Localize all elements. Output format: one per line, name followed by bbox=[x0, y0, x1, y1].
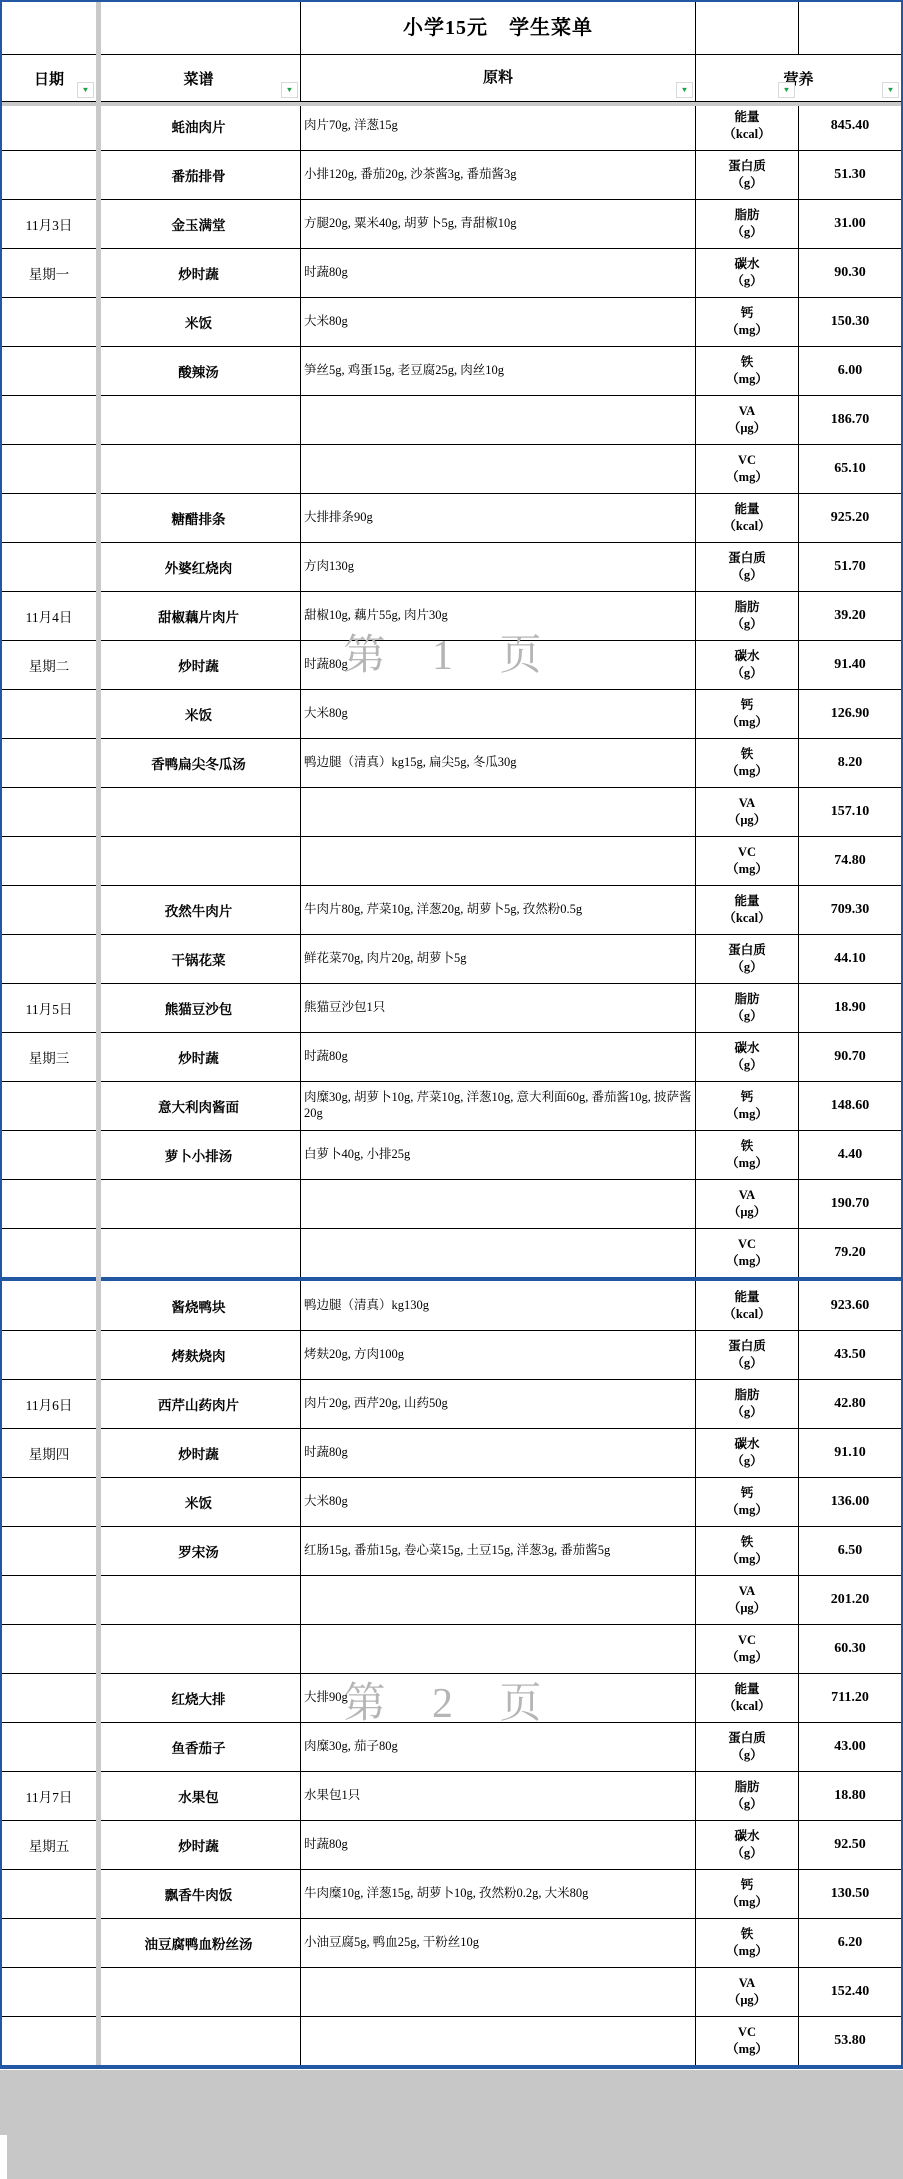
dish-cell[interactable]: 西芹山药肉片 bbox=[97, 1380, 301, 1428]
date-cell[interactable] bbox=[2, 1674, 97, 1722]
nutrient-value-cell[interactable]: 91.40 bbox=[799, 641, 901, 689]
nutrient-label-cell[interactable]: 脂肪 （g） bbox=[696, 1772, 799, 1820]
menu-row: 星期三 炒时蔬 时蔬80g 碳水 （g） 90.70 bbox=[2, 1032, 901, 1081]
menu-row: VA （μg） 157.10 bbox=[2, 787, 901, 836]
date-cell[interactable] bbox=[2, 543, 97, 591]
dish-cell[interactable]: 油豆腐鸭血粉丝汤 bbox=[97, 1919, 301, 1967]
nutrient-value-cell[interactable]: 90.30 bbox=[799, 249, 901, 297]
menu-row: VA （μg） 152.40 bbox=[2, 1967, 901, 2016]
menu-row: VC （mg） 65.10 bbox=[2, 444, 901, 493]
menu-row: VC （mg） 60.30 bbox=[2, 1624, 901, 1673]
nutrient-label-cell[interactable]: 脂肪 （g） bbox=[696, 1380, 799, 1428]
ingredients-cell[interactable] bbox=[301, 1968, 696, 2016]
nutrient-label-cell[interactable]: 铁 （mg） bbox=[696, 347, 799, 395]
ingredients-cell[interactable]: 水果包1只 bbox=[301, 1772, 696, 1820]
ingredients-cell[interactable] bbox=[301, 837, 696, 885]
menu-row: 香鸭扁尖冬瓜汤 鸭边腿（清真）kg15g, 扁尖5g, 冬瓜30g 铁 （mg）… bbox=[2, 738, 901, 787]
nutrient-value-cell[interactable]: 51.70 bbox=[799, 543, 901, 591]
ingredients-cell[interactable]: 烤麸20g, 方肉100g bbox=[301, 1331, 696, 1379]
dish-cell[interactable]: 米饭 bbox=[97, 690, 301, 738]
dish-cell[interactable]: 烤麸烧肉 bbox=[97, 1331, 301, 1379]
chevron-down-icon: ▼ bbox=[286, 86, 294, 93]
ingredients-cell[interactable]: 鲜花菜70g, 肉片20g, 胡萝卜5g bbox=[301, 935, 696, 983]
nutrient-label-cell[interactable]: VC （mg） bbox=[696, 1229, 799, 1277]
date-cell[interactable] bbox=[2, 739, 97, 787]
ingredients-cell[interactable]: 方肉130g bbox=[301, 543, 696, 591]
column-header-ingredients[interactable]: 原料 ▼ bbox=[301, 55, 696, 101]
menu-row: VC （mg） 74.80 bbox=[2, 836, 901, 885]
nutrient-label-cell[interactable]: 蛋白质 （g） bbox=[696, 1723, 799, 1771]
empty-cell[interactable] bbox=[696, 2, 799, 54]
ingredients-cell[interactable] bbox=[301, 1576, 696, 1624]
header-row: 日期 ▼ 菜谱 ▼ 原料 ▼ 营养 ▼ ▼ bbox=[2, 55, 901, 101]
ingredients-cell[interactable] bbox=[301, 1625, 696, 1673]
menu-row: VA （μg） 186.70 bbox=[2, 395, 901, 444]
nutrient-value-cell[interactable]: 53.80 bbox=[799, 2017, 901, 2065]
nutrient-label-cell[interactable]: VA （μg） bbox=[696, 396, 799, 444]
column-header-ingredients-label: 原料 bbox=[483, 69, 513, 88]
dish-cell[interactable] bbox=[97, 1180, 301, 1228]
date-cell[interactable] bbox=[2, 1527, 97, 1575]
page-title[interactable]: 小学15元 学生菜单 bbox=[301, 2, 696, 54]
dish-cell[interactable]: 蚝油肉片 bbox=[97, 102, 301, 150]
menu-row: 星期五 炒时蔬 时蔬80g 碳水 （g） 92.50 bbox=[2, 1820, 901, 1869]
nutrient-label-cell[interactable]: 钙 （mg） bbox=[696, 1082, 799, 1130]
dish-cell[interactable]: 孜然牛肉片 bbox=[97, 886, 301, 934]
filter-button-menu[interactable]: ▼ bbox=[281, 82, 298, 98]
date-cell[interactable]: 11月4日 bbox=[2, 592, 97, 640]
ingredients-cell[interactable] bbox=[301, 2017, 696, 2065]
ingredients-cell[interactable]: 鸭边腿（清真）kg130g bbox=[301, 1281, 696, 1330]
ingredients-cell[interactable] bbox=[301, 1180, 696, 1228]
date-cell[interactable] bbox=[2, 1576, 97, 1624]
menu-row: 酱烧鸭块 鸭边腿（清真）kg130g 能量 （kcal） 923.60 bbox=[2, 1281, 901, 1330]
menu-row: 酸辣汤 笋丝5g, 鸡蛋15g, 老豆腐25g, 肉丝10g 铁 （mg） 6.… bbox=[2, 346, 901, 395]
sheet-edge-sliver bbox=[0, 2135, 7, 2179]
menu-row: 干锅花菜 鲜花菜70g, 肉片20g, 胡萝卜5g 蛋白质 （g） 44.10 bbox=[2, 934, 901, 983]
nutrient-value-cell[interactable]: 6.00 bbox=[799, 347, 901, 395]
ingredients-cell[interactable] bbox=[301, 788, 696, 836]
ingredients-cell[interactable]: 肉糜30g, 胡萝卜10g, 芹菜10g, 洋葱10g, 意大利面60g, 番茄… bbox=[301, 1082, 696, 1130]
menu-row: 飘香牛肉饭 牛肉糜10g, 洋葱15g, 胡萝卜10g, 孜然粉0.2g, 大米… bbox=[2, 1869, 901, 1918]
date-cell[interactable] bbox=[2, 1331, 97, 1379]
chevron-down-icon: ▼ bbox=[82, 86, 90, 93]
dish-cell[interactable]: 金玉满堂 bbox=[97, 200, 301, 248]
date-cell[interactable] bbox=[2, 788, 97, 836]
nutrient-value-cell[interactable]: 150.30 bbox=[799, 298, 901, 346]
nutrient-value-cell[interactable]: 18.90 bbox=[799, 984, 901, 1032]
nutrient-value-cell[interactable]: 711.20 bbox=[799, 1674, 901, 1722]
ingredients-cell[interactable]: 牛肉糜10g, 洋葱15g, 胡萝卜10g, 孜然粉0.2g, 大米80g bbox=[301, 1870, 696, 1918]
ingredients-cell[interactable]: 大排90g bbox=[301, 1674, 696, 1722]
chevron-down-icon: ▼ bbox=[887, 86, 895, 93]
nutrient-label-cell[interactable]: 钙 （mg） bbox=[696, 298, 799, 346]
weekday-cell[interactable]: 星期五 bbox=[2, 1821, 97, 1869]
date-cell[interactable] bbox=[2, 347, 97, 395]
frozen-pane-vertical-divider bbox=[96, 2, 101, 2065]
dish-cell[interactable]: 炒时蔬 bbox=[97, 1429, 301, 1477]
ingredients-cell[interactable]: 肉糜30g, 茄子80g bbox=[301, 1723, 696, 1771]
weekday-cell[interactable]: 星期四 bbox=[2, 1429, 97, 1477]
nutrient-value-cell[interactable]: 6.50 bbox=[799, 1527, 901, 1575]
dish-cell[interactable]: 萝卜小排汤 bbox=[97, 1131, 301, 1179]
menu-row: 外婆红烧肉 方肉130g 蛋白质 （g） 51.70 bbox=[2, 542, 901, 591]
menu-row: 11月6日 西芹山药肉片 肉片20g, 西芹20g, 山药50g 脂肪 （g） … bbox=[2, 1379, 901, 1428]
column-header-menu[interactable]: 菜谱 ▼ bbox=[97, 55, 301, 101]
nutrient-label-cell[interactable]: VC （mg） bbox=[696, 1625, 799, 1673]
dish-cell[interactable] bbox=[97, 2017, 301, 2065]
menu-row: VC （mg） 79.20 bbox=[2, 1228, 901, 1277]
column-header-nutrition[interactable]: 营养 ▼ ▼ bbox=[696, 55, 901, 101]
dish-cell[interactable]: 炒时蔬 bbox=[97, 641, 301, 689]
ingredients-cell[interactable] bbox=[301, 1229, 696, 1277]
date-cell[interactable] bbox=[2, 935, 97, 983]
nutrient-label-cell[interactable]: 铁 （mg） bbox=[696, 739, 799, 787]
dish-cell[interactable]: 糖醋排条 bbox=[97, 494, 301, 542]
dish-cell[interactable] bbox=[97, 445, 301, 493]
menu-row: 米饭 大米80g 钙 （mg） 136.00 bbox=[2, 1477, 901, 1526]
dish-cell[interactable] bbox=[97, 396, 301, 444]
dish-cell[interactable]: 甜椒藕片肉片 bbox=[97, 592, 301, 640]
nutrient-label-cell[interactable]: 铁 （mg） bbox=[696, 1527, 799, 1575]
date-cell[interactable] bbox=[2, 1281, 97, 1330]
date-cell[interactable] bbox=[2, 298, 97, 346]
dish-cell[interactable]: 鱼香茄子 bbox=[97, 1723, 301, 1771]
date-cell[interactable] bbox=[2, 1478, 97, 1526]
ingredients-cell[interactable]: 大米80g bbox=[301, 298, 696, 346]
ingredients-cell[interactable]: 牛肉片80g, 芹菜10g, 洋葱20g, 胡萝卜5g, 孜然粉0.5g bbox=[301, 886, 696, 934]
nutrient-value-cell[interactable]: 709.30 bbox=[799, 886, 901, 934]
nutrient-label-cell[interactable]: VC （mg） bbox=[696, 445, 799, 493]
menu-row: 米饭 大米80g 钙 （mg） 150.30 bbox=[2, 297, 901, 346]
week-block-5: 红烧大排 大排90g 能量 （kcal） 711.20 鱼香茄子 肉糜30g, … bbox=[2, 1673, 901, 2065]
nutrient-value-cell[interactable]: 186.70 bbox=[799, 396, 901, 444]
nutrient-value-cell[interactable]: 42.80 bbox=[799, 1380, 901, 1428]
weekday-cell[interactable]: 星期三 bbox=[2, 1033, 97, 1081]
menu-row: 11月7日 水果包 水果包1只 脂肪 （g） 18.80 bbox=[2, 1771, 901, 1820]
menu-row: 米饭 大米80g 钙 （mg） 126.90 bbox=[2, 689, 901, 738]
ingredients-cell[interactable]: 方腿20g, 粟米40g, 胡萝卜5g, 青甜椒10g bbox=[301, 200, 696, 248]
ingredients-cell[interactable]: 大米80g bbox=[301, 1478, 696, 1526]
menu-table: 小学15元 学生菜单 日期 ▼ 菜谱 ▼ 原料 ▼ 营养 ▼ ▼ 蚝油肉片 肉片… bbox=[0, 0, 903, 2069]
date-cell[interactable] bbox=[2, 1625, 97, 1673]
date-cell[interactable] bbox=[2, 445, 97, 493]
nutrient-value-cell[interactable]: 39.20 bbox=[799, 592, 901, 640]
dish-cell[interactable]: 红烧大排 bbox=[97, 1674, 301, 1722]
nutrient-label-cell[interactable]: 能量 （kcal） bbox=[696, 1674, 799, 1722]
ingredients-cell[interactable] bbox=[301, 445, 696, 493]
dish-cell[interactable]: 飘香牛肉饭 bbox=[97, 1870, 301, 1918]
menu-row: 鱼香茄子 肉糜30g, 茄子80g 蛋白质 （g） 43.00 bbox=[2, 1722, 901, 1771]
menu-row: 11月5日 熊猫豆沙包 熊猫豆沙包1只 脂肪 （g） 18.90 bbox=[2, 983, 901, 1032]
ingredients-cell[interactable]: 时蔬80g bbox=[301, 249, 696, 297]
dish-cell[interactable]: 水果包 bbox=[97, 1772, 301, 1820]
date-cell[interactable] bbox=[2, 396, 97, 444]
dish-cell[interactable] bbox=[97, 837, 301, 885]
filter-button-nutrition-value[interactable]: ▼ bbox=[882, 82, 899, 98]
menu-row: 意大利肉酱面 肉糜30g, 胡萝卜10g, 芹菜10g, 洋葱10g, 意大利面… bbox=[2, 1081, 901, 1130]
nutrient-value-cell[interactable]: 31.00 bbox=[799, 200, 901, 248]
nutrient-value-cell[interactable]: 43.00 bbox=[799, 1723, 901, 1771]
nutrient-value-cell[interactable]: 157.10 bbox=[799, 788, 901, 836]
nutrient-label-cell[interactable]: 碳水 （g） bbox=[696, 1429, 799, 1477]
dish-cell[interactable]: 香鸭扁尖冬瓜汤 bbox=[97, 739, 301, 787]
menu-row: 11月4日 甜椒藕片肉片 甜椒10g, 藕片55g, 肉片30g 脂肪 （g） … bbox=[2, 591, 901, 640]
date-cell[interactable] bbox=[2, 690, 97, 738]
ingredients-cell[interactable]: 红肠15g, 番茄15g, 卷心菜15g, 土豆15g, 洋葱3g, 番茄酱5g bbox=[301, 1527, 696, 1575]
empty-cell[interactable] bbox=[97, 2, 301, 54]
ingredients-cell[interactable]: 白萝卜40g, 小排25g bbox=[301, 1131, 696, 1179]
chevron-down-icon: ▼ bbox=[681, 86, 689, 93]
menu-row: 萝卜小排汤 白萝卜40g, 小排25g 铁 （mg） 4.40 bbox=[2, 1130, 901, 1179]
menu-row: 番茄排骨 小排120g, 番茄20g, 沙茶酱3g, 番茄酱3g 蛋白质 （g）… bbox=[2, 150, 901, 199]
nutrient-label-cell[interactable]: 碳水 （g） bbox=[696, 249, 799, 297]
outside-sheet-area bbox=[0, 2070, 903, 2179]
nutrient-value-cell[interactable]: 6.20 bbox=[799, 1919, 901, 1967]
menu-row: 11月3日 金玉满堂 方腿20g, 粟米40g, 胡萝卜5g, 青甜椒10g 脂… bbox=[2, 199, 901, 248]
dish-cell[interactable]: 酱烧鸭块 bbox=[97, 1281, 301, 1330]
nutrient-value-cell[interactable]: 43.50 bbox=[799, 1331, 901, 1379]
menu-row: 糖醋排条 大排排条90g 能量 （kcal） 925.20 bbox=[2, 493, 901, 542]
nutrient-value-cell[interactable]: 126.90 bbox=[799, 690, 901, 738]
menu-row: 星期四 炒时蔬 时蔬80g 碳水 （g） 91.10 bbox=[2, 1428, 901, 1477]
weekday-cell[interactable]: 星期二 bbox=[2, 641, 97, 689]
menu-row: 星期一 炒时蔬 时蔬80g 碳水 （g） 90.30 bbox=[2, 248, 901, 297]
ingredients-cell[interactable]: 时蔬80g bbox=[301, 641, 696, 689]
nutrient-value-cell[interactable]: 190.70 bbox=[799, 1180, 901, 1228]
nutrient-label-cell[interactable]: 碳水 （g） bbox=[696, 1821, 799, 1869]
date-cell[interactable]: 11月6日 bbox=[2, 1380, 97, 1428]
nutrient-label-cell[interactable]: 蛋白质 （g） bbox=[696, 935, 799, 983]
date-cell[interactable] bbox=[2, 151, 97, 199]
date-cell[interactable]: 11月3日 bbox=[2, 200, 97, 248]
nutrient-label-cell[interactable]: VA （μg） bbox=[696, 1968, 799, 2016]
dish-cell[interactable] bbox=[97, 1625, 301, 1673]
date-cell[interactable] bbox=[2, 2017, 97, 2065]
ingredients-cell[interactable]: 小油豆腐5g, 鸭血25g, 干粉丝10g bbox=[301, 1919, 696, 1967]
column-header-menu-label: 菜谱 bbox=[183, 68, 213, 89]
dish-cell[interactable]: 炒时蔬 bbox=[97, 1821, 301, 1869]
ingredients-cell[interactable]: 熊猫豆沙包1只 bbox=[301, 984, 696, 1032]
dish-cell[interactable]: 外婆红烧肉 bbox=[97, 543, 301, 591]
menu-row: VA （μg） 201.20 bbox=[2, 1575, 901, 1624]
date-cell[interactable] bbox=[2, 837, 97, 885]
ingredients-cell[interactable]: 时蔬80g bbox=[301, 1821, 696, 1869]
nutrient-value-cell[interactable]: 18.80 bbox=[799, 1772, 901, 1820]
nutrient-value-cell[interactable]: 925.20 bbox=[799, 494, 901, 542]
nutrient-label-cell[interactable]: 能量 （kcal） bbox=[696, 494, 799, 542]
ingredients-cell[interactable]: 时蔬80g bbox=[301, 1429, 696, 1477]
nutrient-label-cell[interactable]: 蛋白质 （g） bbox=[696, 543, 799, 591]
column-header-date-label: 日期 bbox=[34, 68, 64, 89]
menu-row: 孜然牛肉片 牛肉片80g, 芹菜10g, 洋葱20g, 胡萝卜5g, 孜然粉0.… bbox=[2, 885, 901, 934]
nutrient-value-cell[interactable]: 60.30 bbox=[799, 1625, 901, 1673]
ingredients-cell[interactable]: 大米80g bbox=[301, 690, 696, 738]
empty-cell[interactable] bbox=[2, 2, 97, 54]
nutrient-label-cell[interactable]: VA （μg） bbox=[696, 1576, 799, 1624]
dish-cell[interactable]: 罗宋汤 bbox=[97, 1527, 301, 1575]
dish-cell[interactable] bbox=[97, 1968, 301, 2016]
nutrient-value-cell[interactable]: 8.20 bbox=[799, 739, 901, 787]
dish-cell[interactable]: 意大利肉酱面 bbox=[97, 1082, 301, 1130]
ingredients-cell[interactable]: 肉片70g, 洋葱15g bbox=[301, 102, 696, 150]
ingredients-cell[interactable]: 时蔬80g bbox=[301, 1033, 696, 1081]
nutrient-label-cell[interactable]: 蛋白质 （g） bbox=[696, 151, 799, 199]
nutrient-label-cell[interactable]: 能量 （kcal） bbox=[696, 1281, 799, 1330]
nutrient-label-cell[interactable]: VC （mg） bbox=[696, 2017, 799, 2065]
dish-cell[interactable]: 米饭 bbox=[97, 298, 301, 346]
filter-button-ingredients[interactable]: ▼ bbox=[676, 82, 693, 98]
date-cell[interactable] bbox=[2, 1180, 97, 1228]
nutrient-label-cell[interactable]: 碳水 （g） bbox=[696, 641, 799, 689]
dish-cell[interactable] bbox=[97, 1229, 301, 1277]
date-cell[interactable]: 11月7日 bbox=[2, 1772, 97, 1820]
nutrient-label-cell[interactable]: 钙 （mg） bbox=[696, 1870, 799, 1918]
nutrient-label-cell[interactable]: 碳水 （g） bbox=[696, 1033, 799, 1081]
nutrient-value-cell[interactable]: 148.60 bbox=[799, 1082, 901, 1130]
nutrient-value-cell[interactable]: 152.40 bbox=[799, 1968, 901, 2016]
dish-cell[interactable] bbox=[97, 1576, 301, 1624]
chevron-down-icon: ▼ bbox=[783, 86, 791, 93]
frozen-pane-horizontal-divider bbox=[2, 102, 901, 106]
empty-cell[interactable] bbox=[799, 2, 901, 54]
nutrient-label-cell[interactable]: VC （mg） bbox=[696, 837, 799, 885]
nutrient-value-cell[interactable]: 91.10 bbox=[799, 1429, 901, 1477]
filter-button-nutrition-name[interactable]: ▼ bbox=[778, 82, 795, 98]
menu-row: 油豆腐鸭血粉丝汤 小油豆腐5g, 鸭血25g, 干粉丝10g 铁 （mg） 6.… bbox=[2, 1918, 901, 1967]
ingredients-cell[interactable]: 大排排条90g bbox=[301, 494, 696, 542]
nutrient-label-cell[interactable]: 脂肪 （g） bbox=[696, 592, 799, 640]
week-block-1: 蚝油肉片 肉片70g, 洋葱15g 能量 （kcal） 845.40 番茄排骨 … bbox=[2, 101, 901, 493]
week-block-4: 酱烧鸭块 鸭边腿（清真）kg130g 能量 （kcal） 923.60 烤麸烧肉… bbox=[2, 1277, 901, 1673]
date-cell[interactable] bbox=[2, 494, 97, 542]
dish-cell[interactable]: 炒时蔬 bbox=[97, 249, 301, 297]
date-cell[interactable] bbox=[2, 1919, 97, 1967]
menu-row: 星期二 炒时蔬 时蔬80g 碳水 （g） 91.40 bbox=[2, 640, 901, 689]
week-block-2: 糖醋排条 大排排条90g 能量 （kcal） 925.20 外婆红烧肉 方肉13… bbox=[2, 493, 901, 885]
menu-row: VC （mg） 53.80 bbox=[2, 2016, 901, 2065]
dish-cell[interactable]: 米饭 bbox=[97, 1478, 301, 1526]
nutrient-label-cell[interactable]: VA （μg） bbox=[696, 788, 799, 836]
title-row: 小学15元 学生菜单 bbox=[2, 2, 901, 55]
weekday-cell[interactable]: 星期一 bbox=[2, 249, 97, 297]
nutrient-value-cell[interactable]: 65.10 bbox=[799, 445, 901, 493]
column-header-date[interactable]: 日期 ▼ bbox=[2, 55, 97, 101]
date-cell[interactable] bbox=[2, 1131, 97, 1179]
ingredients-cell[interactable]: 鸭边腿（清真）kg15g, 扁尖5g, 冬瓜30g bbox=[301, 739, 696, 787]
nutrient-label-cell[interactable]: 能量 （kcal） bbox=[696, 886, 799, 934]
nutrient-label-cell[interactable]: 钙 （mg） bbox=[696, 1478, 799, 1526]
dish-cell[interactable]: 番茄排骨 bbox=[97, 151, 301, 199]
nutrient-value-cell[interactable]: 90.70 bbox=[799, 1033, 901, 1081]
nutrient-value-cell[interactable]: 201.20 bbox=[799, 1576, 901, 1624]
ingredients-cell[interactable]: 笋丝5g, 鸡蛋15g, 老豆腐25g, 肉丝10g bbox=[301, 347, 696, 395]
menu-row: 罗宋汤 红肠15g, 番茄15g, 卷心菜15g, 土豆15g, 洋葱3g, 番… bbox=[2, 1526, 901, 1575]
date-cell[interactable] bbox=[2, 102, 97, 150]
ingredients-cell[interactable]: 肉片20g, 西芹20g, 山药50g bbox=[301, 1380, 696, 1428]
dish-cell[interactable] bbox=[97, 788, 301, 836]
date-cell[interactable]: 11月5日 bbox=[2, 984, 97, 1032]
ingredients-cell[interactable] bbox=[301, 396, 696, 444]
nutrient-value-cell[interactable]: 4.40 bbox=[799, 1131, 901, 1179]
nutrient-value-cell[interactable]: 74.80 bbox=[799, 837, 901, 885]
nutrient-value-cell[interactable]: 130.50 bbox=[799, 1870, 901, 1918]
nutrient-value-cell[interactable]: 92.50 bbox=[799, 1821, 901, 1869]
nutrient-value-cell[interactable]: 136.00 bbox=[799, 1478, 901, 1526]
dish-cell[interactable]: 炒时蔬 bbox=[97, 1033, 301, 1081]
date-cell[interactable] bbox=[2, 886, 97, 934]
date-cell[interactable] bbox=[2, 1082, 97, 1130]
dish-cell[interactable]: 酸辣汤 bbox=[97, 347, 301, 395]
ingredients-cell[interactable]: 甜椒10g, 藕片55g, 肉片30g bbox=[301, 592, 696, 640]
date-cell[interactable] bbox=[2, 1229, 97, 1277]
date-cell[interactable] bbox=[2, 1968, 97, 2016]
menu-row: 蚝油肉片 肉片70g, 洋葱15g 能量 （kcal） 845.40 bbox=[2, 101, 901, 150]
nutrient-value-cell[interactable]: 44.10 bbox=[799, 935, 901, 983]
menu-row: 红烧大排 大排90g 能量 （kcal） 711.20 bbox=[2, 1673, 901, 1722]
menu-row: VA （μg） 190.70 bbox=[2, 1179, 901, 1228]
nutrient-label-cell[interactable]: 钙 （mg） bbox=[696, 690, 799, 738]
nutrient-value-cell[interactable]: 923.60 bbox=[799, 1281, 901, 1330]
nutrient-value-cell[interactable]: 845.40 bbox=[799, 102, 901, 150]
dish-cell[interactable]: 干锅花菜 bbox=[97, 935, 301, 983]
date-cell[interactable] bbox=[2, 1723, 97, 1771]
nutrient-label-cell[interactable]: 脂肪 （g） bbox=[696, 200, 799, 248]
dish-cell[interactable]: 熊猫豆沙包 bbox=[97, 984, 301, 1032]
ingredients-cell[interactable]: 小排120g, 番茄20g, 沙茶酱3g, 番茄酱3g bbox=[301, 151, 696, 199]
nutrient-label-cell[interactable]: 脂肪 （g） bbox=[696, 984, 799, 1032]
date-cell[interactable] bbox=[2, 1870, 97, 1918]
nutrient-label-cell[interactable]: 铁 （mg） bbox=[696, 1131, 799, 1179]
nutrient-label-cell[interactable]: 能量 （kcal） bbox=[696, 102, 799, 150]
nutrient-label-cell[interactable]: VA （μg） bbox=[696, 1180, 799, 1228]
menu-row: 烤麸烧肉 烤麸20g, 方肉100g 蛋白质 （g） 43.50 bbox=[2, 1330, 901, 1379]
nutrient-value-cell[interactable]: 51.30 bbox=[799, 151, 901, 199]
nutrient-label-cell[interactable]: 蛋白质 （g） bbox=[696, 1331, 799, 1379]
week-block-3: 孜然牛肉片 牛肉片80g, 芹菜10g, 洋葱20g, 胡萝卜5g, 孜然粉0.… bbox=[2, 885, 901, 1277]
nutrient-value-cell[interactable]: 79.20 bbox=[799, 1229, 901, 1277]
nutrient-label-cell[interactable]: 铁 （mg） bbox=[696, 1919, 799, 1967]
filter-button-date[interactable]: ▼ bbox=[77, 82, 94, 98]
